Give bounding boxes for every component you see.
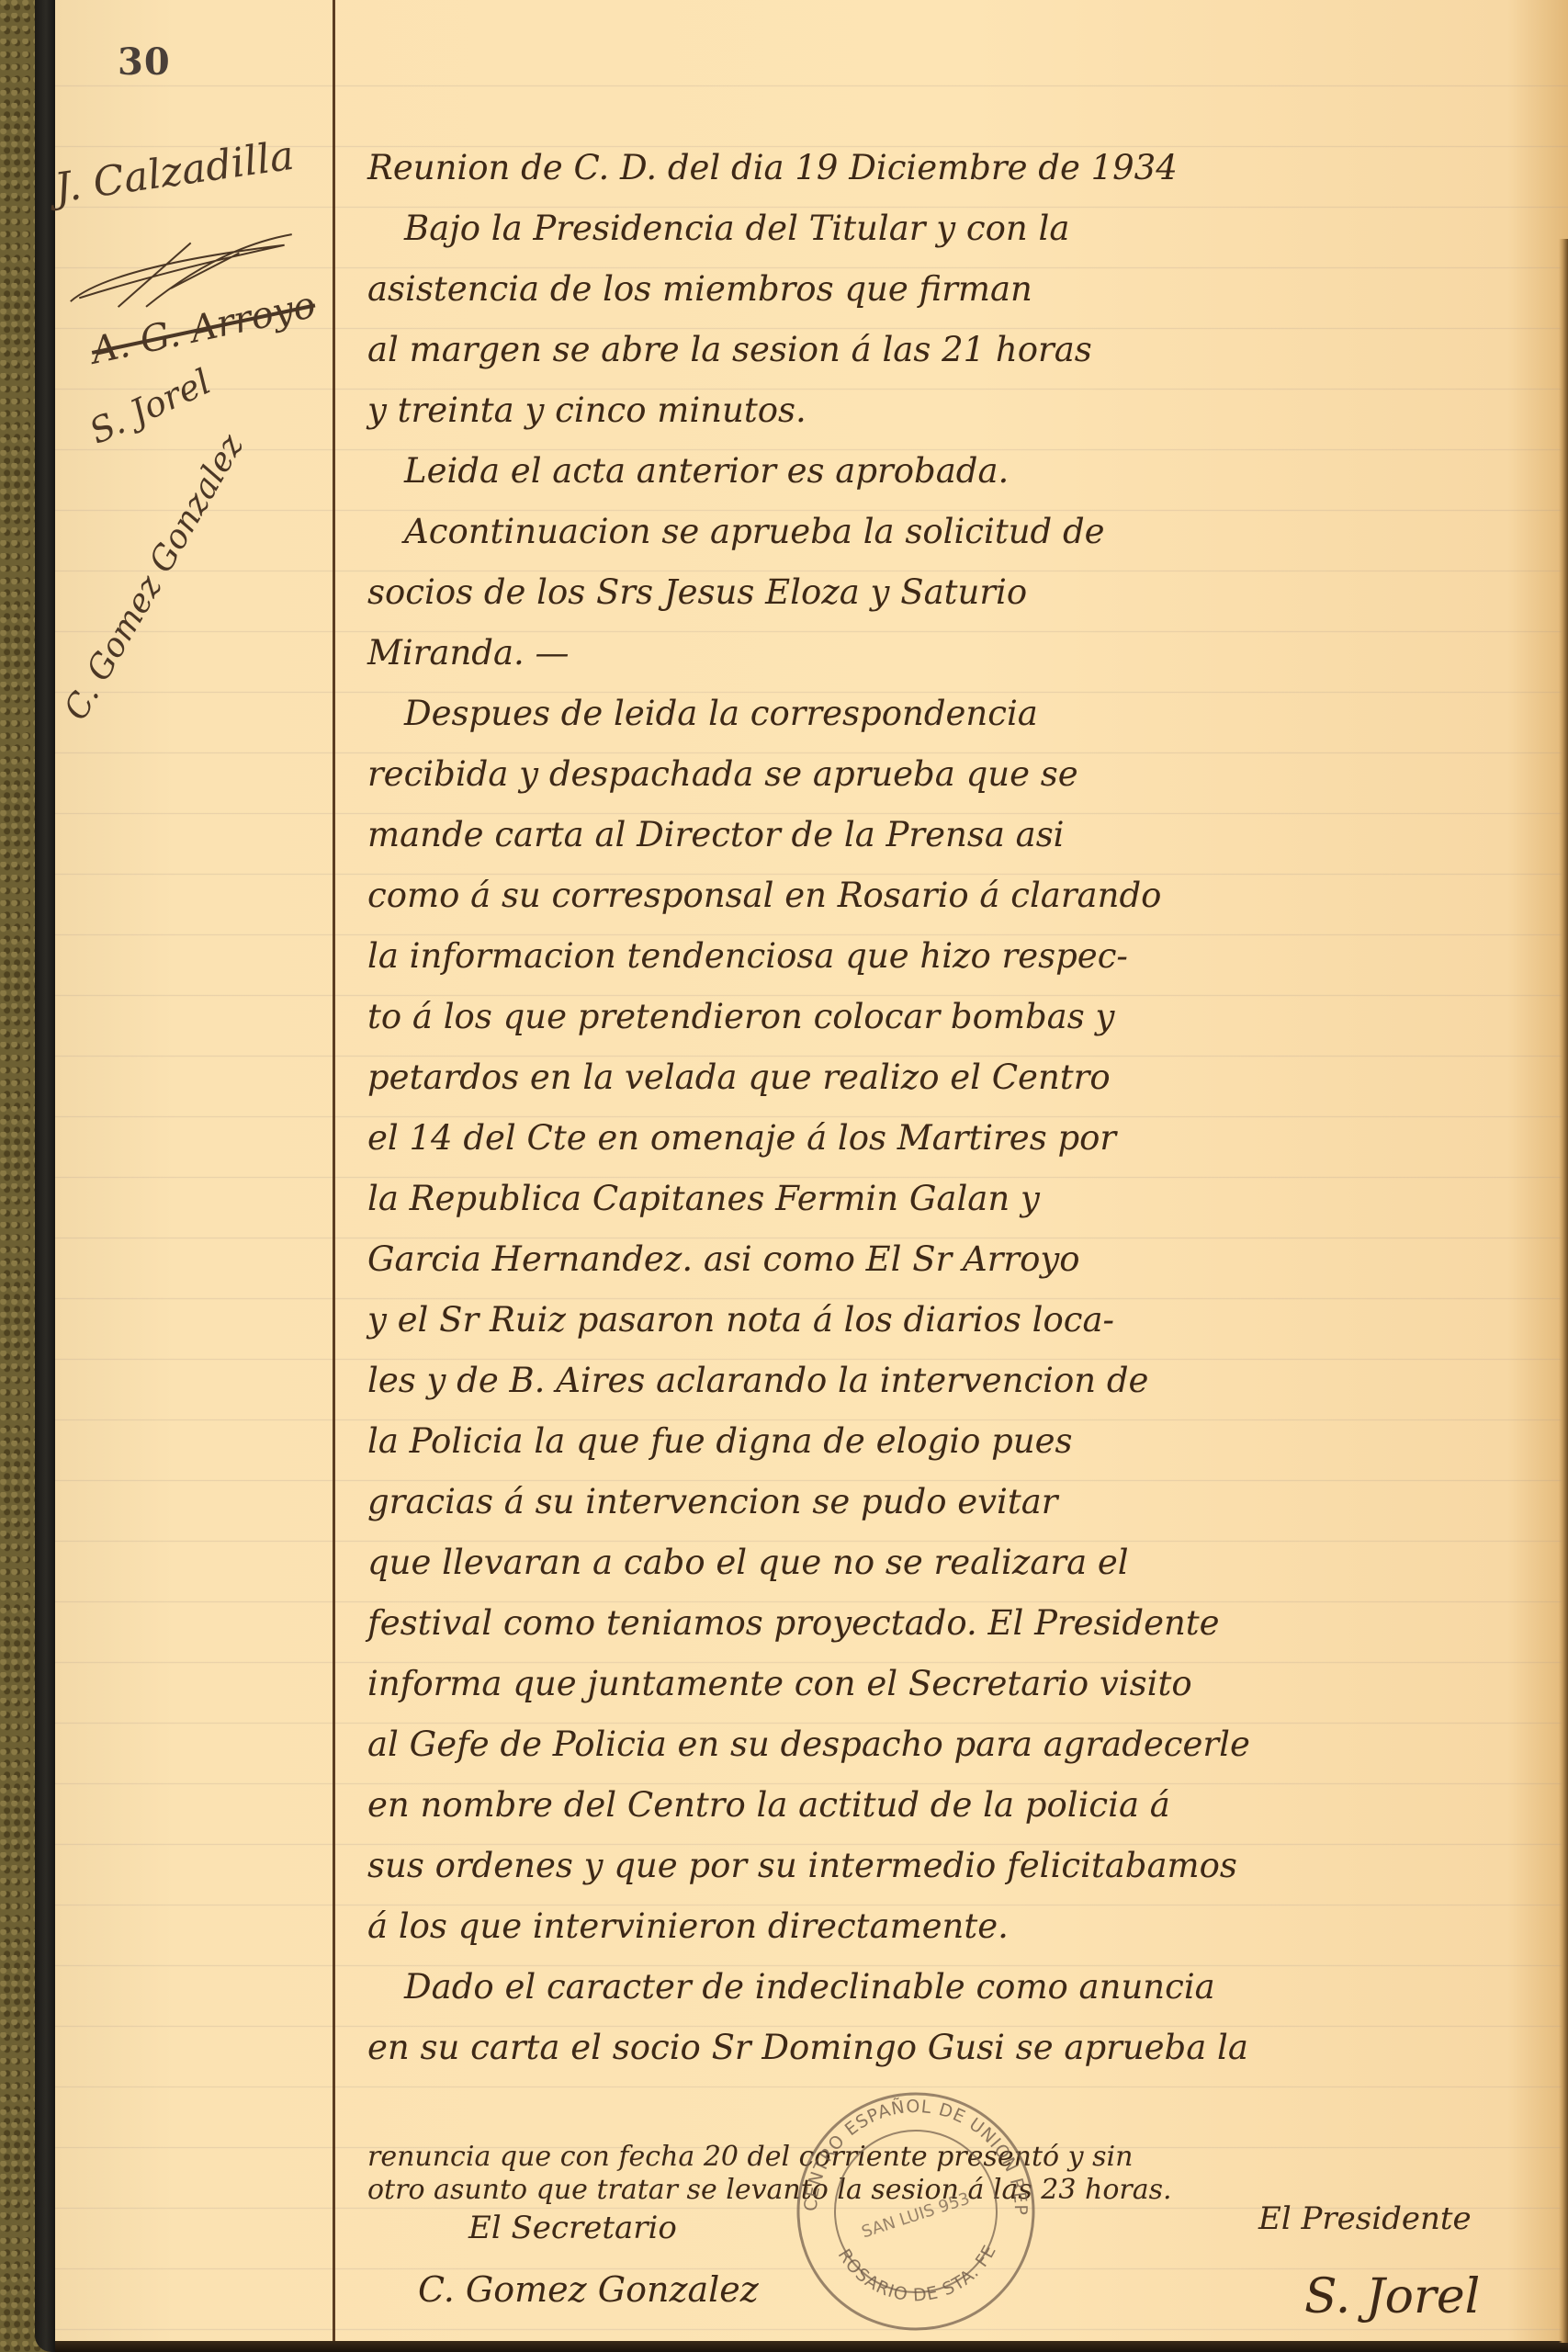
minutes-line: Acontinuacion se aprueba la solicitud de [367,502,1552,562]
minutes-line: Dado el caracter de indeclinable como an… [367,1957,1552,2018]
margin-rule [333,0,335,2341]
circular-seal-icon: CENTRO ESPAÑOL DE UNION REPUBLICANA ROSA… [792,2087,1040,2335]
minutes-line: asistencia de los miembros que firman [367,259,1552,320]
stamp-bottom-text: ROSARIO DE STA. FE [834,2242,1001,2306]
page-number: 30 [118,40,171,84]
minutes-line: Bajo la Presidencia del Titular y con la [367,198,1552,259]
stamp-inner-text: SAN LUIS 953 [859,2189,972,2243]
margin-signatures: J. Calzadilla A. G. Arroyo S. Jorel C. G… [55,147,331,790]
page-fold-edge [1559,239,1568,2343]
minutes-line: la Policia la que fue digna de elogio pu… [367,1411,1552,1472]
minutes-line: la informacion tendenciosa que hizo resp… [367,926,1552,987]
minutes-line: recibida y despachada se aprueba que se [367,744,1552,805]
svg-text:ROSARIO DE STA. FE: ROSARIO DE STA. FE [834,2242,1001,2306]
minutes-line: petardos en la velada que realizo el Cen… [367,1047,1552,1108]
book-cover-edge [35,0,57,2352]
minutes-line: Reunion de C. D. del dia 19 Diciembre de… [367,138,1552,198]
minutes-line: en su carta el socio Sr Domingo Gusi se … [367,2018,1552,2078]
minutes-line: el 14 del Cte en omenaje á los Martires … [367,1108,1552,1169]
minutes-line: les y de B. Aires aclarando la intervenc… [367,1351,1552,1411]
minutes-line: al Gefe de Policia en su despacho para a… [367,1714,1552,1775]
minutes-line: la Republica Capitanes Fermin Galan y [367,1169,1552,1229]
minutes-line: que llevaran a cabo el que no se realiza… [367,1532,1552,1593]
minutes-line: como á su corresponsal en Rosario á clar… [367,865,1552,926]
margin-signature-jorel: S. Jorel [84,361,217,452]
minutes-line: y el Sr Ruiz pasaron nota á los diarios … [367,1290,1552,1351]
page-bottom-edge [55,2341,1568,2352]
president-label: El Presidente [1258,2200,1472,2237]
minutes-line: á los que intervinieron directamente. [367,1896,1552,1957]
minutes-line: festival como teniamos proyectado. El Pr… [367,1593,1552,1654]
president-signature: S. Jorel [1304,2269,1480,2324]
minutes-line: socios de los Srs Jesus Eloza y Saturio [367,562,1552,623]
minutes-line: mande carta al Director de la Prensa asi [367,805,1552,865]
minutes-line: en nombre del Centro la actitud de la po… [367,1775,1552,1836]
minutes-line: al margen se abre la sesion á las 21 hor… [367,320,1552,380]
minutes-line: Garcia Hernandez. asi como El Sr Arroyo [367,1229,1552,1290]
margin-signature-gomez-gonzalez: C. Gomez Gonzalez [57,428,251,727]
minutes-line: y treinta y cinco minutos. [367,380,1552,441]
secretary-signature: C. Gomez Gonzalez [418,2269,759,2310]
minutes-line: Despues de leida la correspondencia [367,684,1552,744]
minutes-line: to á los que pretendieron colocar bombas… [367,987,1552,1047]
minutes-line: informa que juntamente con el Secretario… [367,1654,1552,1714]
minutes-body: Reunion de C. D. del dia 19 Diciembre de… [367,138,1552,2078]
secretary-label: El Secretario [468,2210,677,2246]
minutes-line: gracias á su intervencion se pudo evitar [367,1472,1552,1532]
minutes-line: sus ordenes y que por su intermedio feli… [367,1836,1552,1896]
minutes-line: Miranda. — [367,623,1552,684]
minutes-line: Leida el acta anterior es aprobada. [367,441,1552,502]
institution-stamp: CENTRO ESPAÑOL DE UNION REPUBLICANA ROSA… [792,2087,1040,2335]
